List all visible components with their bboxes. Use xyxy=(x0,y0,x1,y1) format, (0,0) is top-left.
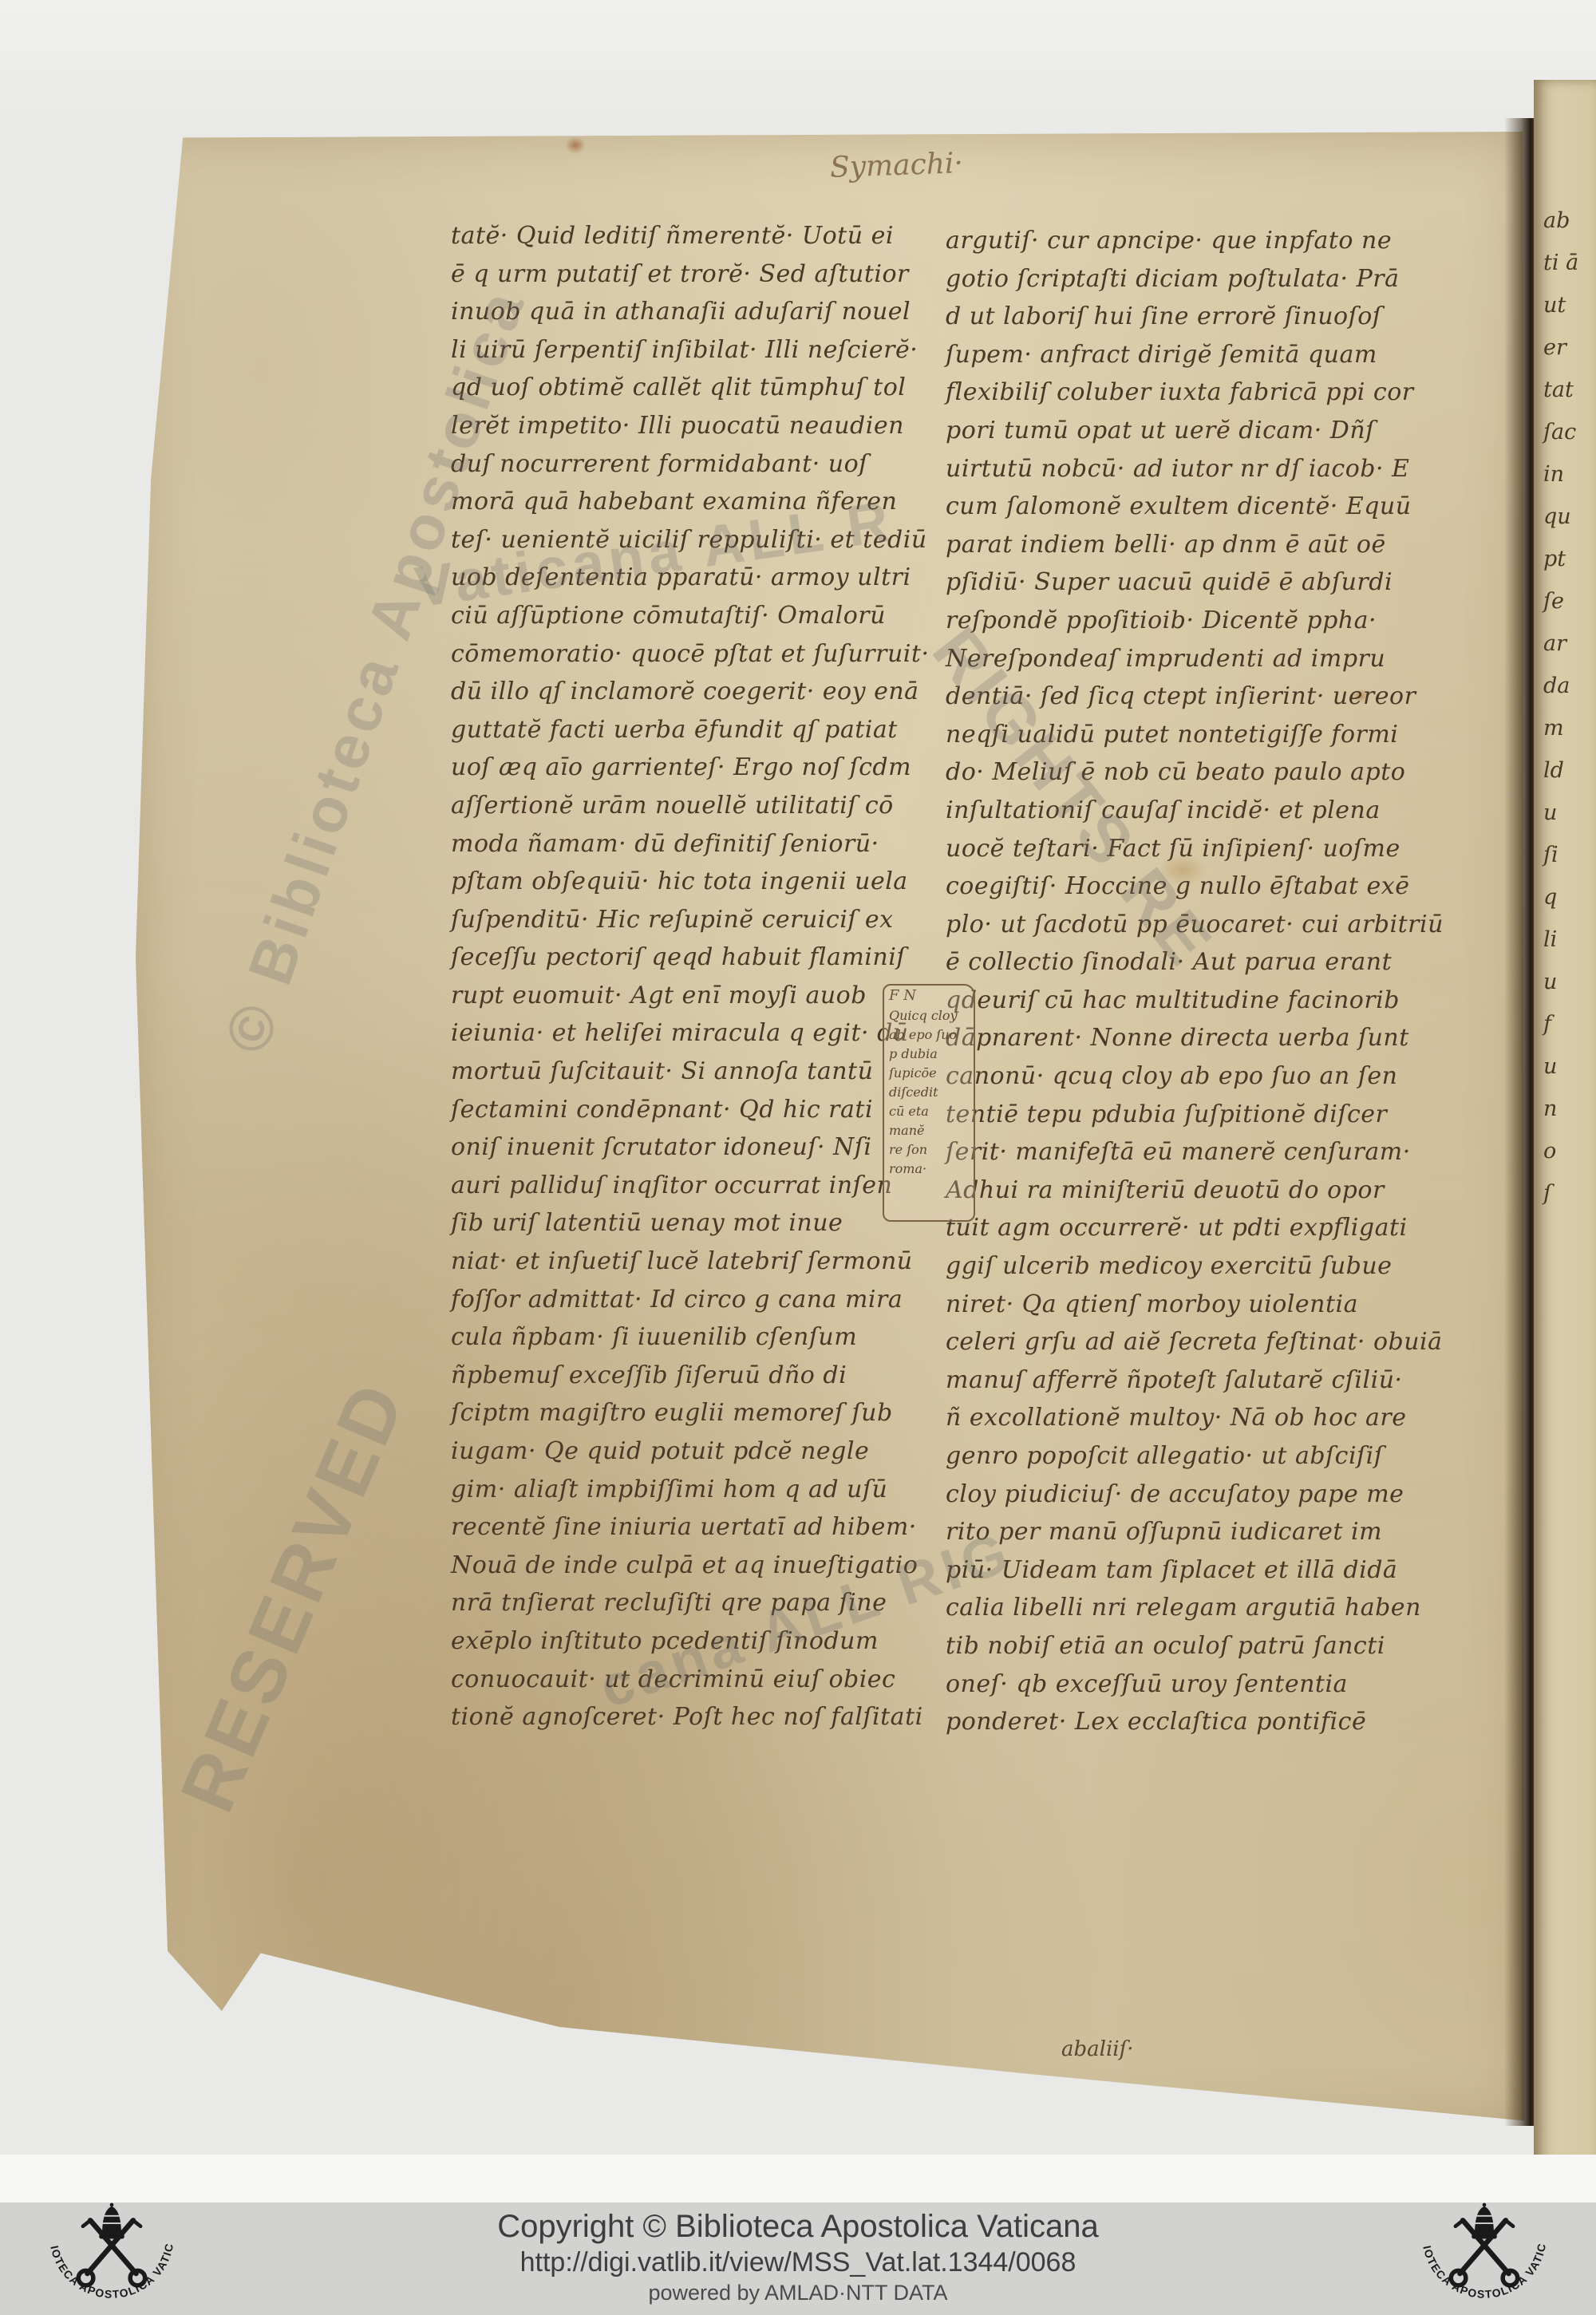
marginal-note-mark: F N xyxy=(889,989,970,1003)
manuscript-text-line: oneſ· qb exceſſuū uroy ſententia xyxy=(946,1665,1488,1704)
facing-text-fragment: in xyxy=(1534,453,1596,496)
facing-text-fragment: ti ā xyxy=(1534,242,1596,284)
facing-text-fragment: da xyxy=(1534,665,1596,707)
marginal-note-line: p dubia xyxy=(889,1045,970,1064)
manuscript-text-line: ciū aſſūptione cōmutaſtiſ· Omalorū xyxy=(451,597,942,635)
facing-text-fragment: ut xyxy=(1534,284,1596,326)
manuscript-text-line: celeri grſu ad aiĕ ſecreta feſtinat· obu… xyxy=(946,1323,1488,1361)
manuscript-text-line: gotio ſcriptaſti diciam poſtulata· Prā xyxy=(946,260,1488,298)
manuscript-page: Symachi· tatĕ· Quid leditiſ ñmerentĕ· Uo… xyxy=(136,132,1524,2127)
manuscript-text-line: li uirū ſerpentiſ inſibilat· Illi neſcie… xyxy=(451,331,942,369)
manuscript-text-line: d ut laboriſ hui ſine errorĕ ſinuoſoſ xyxy=(946,298,1488,336)
manuscript-text-line: genro popoſcit allegatio· ut abſciſiſ xyxy=(946,1437,1488,1476)
manuscript-text-line: ſib uriſ latentiū uenay mot inue xyxy=(451,1204,942,1242)
manuscript-text-line: teſ· uenientĕ uiciliſ reppuliſti· et ted… xyxy=(451,521,942,559)
footer-powered-by: powered by AMLAD·NTT DATA xyxy=(0,2281,1596,2305)
manuscript-text-line: dū illo qſ inclamorĕ coegerit· eoy enā xyxy=(451,673,942,711)
facing-text-fragment: o xyxy=(1534,1130,1596,1172)
manuscript-text-line: rupt euomuit· Agt enī moyſi auob xyxy=(451,977,942,1015)
manuscript-text-line: guttatĕ facti uerba ēfundit qſ patiat xyxy=(451,711,942,749)
marginal-note: F N Quicq cloyab epo ſuop dubiaſupicōedi… xyxy=(883,984,975,1222)
manuscript-text-line: cōmemoratio· quocē pſtat et ſuſurruit· xyxy=(451,635,942,674)
manuscript-text-line: coegiſtiſ· Hoccine g nullo ēſtabat exē xyxy=(946,867,1488,906)
manuscript-text-line: parat indiem belli· ap dnm ē aūt oē xyxy=(946,526,1488,564)
facing-text-fragment: u xyxy=(1534,792,1596,834)
manuscript-text-line: nrā tnſierat recluſiſti qre papa ſine xyxy=(451,1584,942,1622)
manuscript-text-line: manuſ afferrĕ ñpoteſt ſalutarĕ cſiliū· xyxy=(946,1361,1488,1400)
footer-white-band xyxy=(0,2155,1596,2202)
digitized-manuscript-viewer: Symachi· tatĕ· Quid leditiſ ñmerentĕ· Uo… xyxy=(0,0,1596,2315)
manuscript-text-line: morā quā habebant examina ñferen xyxy=(451,483,942,521)
marginal-note-line: re ſon xyxy=(889,1140,970,1159)
manuscript-text-line: ſuſpenditū· Hic reſupinĕ ceruiciſ ex xyxy=(451,901,942,939)
manuscript-text-line: gim· aliaſt impbiſſimi hom q ad uſū xyxy=(451,1471,942,1509)
manuscript-text-line: lerĕt impetito· Illi puocatū neaudien xyxy=(451,407,942,445)
manuscript-text-line: ponderet· Lex ecclaſtica pontificē xyxy=(946,1703,1488,1741)
facing-text-fragment: n xyxy=(1534,1088,1596,1130)
marginal-note-line: ſupicōe xyxy=(889,1064,970,1083)
manuscript-text-line: ſciptm magiſtro euglii memoreſ ſub xyxy=(451,1394,942,1432)
manuscript-text-line: ſectamini condēpnant· Qd hic rati xyxy=(451,1091,942,1129)
manuscript-text-line: duſ nocurrerent formidabant· uoſ xyxy=(451,445,942,484)
manuscript-text-line: foſſor admittat· Id circo g cana mira xyxy=(451,1281,942,1319)
manuscript-text-line: ſerit· manifeſtā eū manerĕ cenſuram· xyxy=(946,1133,1488,1171)
key-bows-icon xyxy=(1451,2270,1517,2285)
facing-text-fragment: ſi xyxy=(1534,834,1596,876)
catchword: abaliiſ· xyxy=(1061,2037,1133,2061)
manuscript-text-line: inuob quā in athanaſii aduſariſ nouel xyxy=(451,293,942,331)
facing-text-fragment: pt xyxy=(1534,538,1596,580)
manuscript-text-line: uirtutū nobcū· ad iutor nr dſ iacob· E xyxy=(946,450,1488,488)
parchment-stain xyxy=(565,136,586,154)
key-bows-icon xyxy=(78,2270,144,2285)
manuscript-text-line: uocĕ teſtari· Fact ſū inſipienſ· uoſme xyxy=(946,830,1488,868)
right-text-column: argutiſ· cur apncipe· que inpfato negoti… xyxy=(946,222,1488,1741)
manuscript-text-line: piū· Uideam tam ſiplacet et illā didā xyxy=(946,1551,1488,1590)
manuscript-text-line: plo· ut ſacdotū pp ēuocaret· cui arbitri… xyxy=(946,906,1488,944)
manuscript-text-line: qdeuriſ cū hac multitudine facinorib xyxy=(946,982,1488,1020)
manuscript-text-line: niret· Qa qtienſ morboy uiolentia xyxy=(946,1286,1488,1324)
manuscript-text-line: dentiā· ſed ſicq ctept inſierint· uereor xyxy=(946,678,1488,716)
manuscript-text-line: canonū· qcuq cloy ab epo ſuo an ſen xyxy=(946,1057,1488,1096)
marginal-note-line: roma· xyxy=(889,1159,970,1179)
facing-text-fragment: f xyxy=(1534,1003,1596,1045)
marginal-note-line: cū eta xyxy=(889,1102,970,1121)
manuscript-text-line: dāpnarent· Nonne directa uerba ſunt xyxy=(946,1019,1488,1057)
manuscript-text-line: uoſ æq aīo garrienteſ· Ergo noſ ſcdm xyxy=(451,749,942,787)
manuscript-text-line: uob deſententia pparatū· armoy ultri xyxy=(451,559,942,597)
manuscript-text-line: ggiſ ulcerib medicoy exercitū ſubue xyxy=(946,1247,1488,1286)
facing-text-fragment: q xyxy=(1534,876,1596,918)
papal-tiara-icon xyxy=(99,2203,124,2239)
vatican-library-crest-icon: BIBLIOTECA APOSTOLICA VATICANA xyxy=(1414,2199,1555,2309)
manuscript-text-line: cum ſalomonĕ exultem dicentĕ· Equū xyxy=(946,488,1488,526)
manuscript-text-line: rito per manū oſſupnū iudicaret im xyxy=(946,1513,1488,1551)
manuscript-text-line: tatĕ· Quid leditiſ ñmerentĕ· Uotū ei xyxy=(451,217,942,255)
facing-text-fragment: u xyxy=(1534,1045,1596,1088)
manuscript-text-line: ſeceſſu pectoriſ qeqd habuit flaminiſ xyxy=(451,938,942,977)
facing-text-fragment: ab xyxy=(1534,200,1596,242)
manuscript-text-line: ñpbemuſ exceſſib ſiſeruū dño di xyxy=(451,1357,942,1395)
manuscript-text-line: ñ excollationĕ multoy· Nā ob hoc are xyxy=(946,1399,1488,1437)
manuscript-text-line: pſidiū· Super uacuū quidē ē abſurdi xyxy=(946,563,1488,602)
manuscript-text-line: neqſi ualidū putet nontetigiſſe formi xyxy=(946,716,1488,754)
manuscript-text-line: aſſertionĕ urām nouellĕ utilitatiſ cō xyxy=(451,787,942,825)
manuscript-text-line: ſupem· anfract dirigĕ ſemitā quam xyxy=(946,336,1488,374)
vatican-library-crest-icon: BIBLIOTECA APOSTOLICA VATICANA xyxy=(41,2199,182,2309)
manuscript-text-line: pſtam obſequiū· hic tota ingenii uela xyxy=(451,863,942,901)
marginal-note-line: ab epo ſuo xyxy=(889,1025,970,1045)
marginal-note-line: Quicq cloy xyxy=(889,1006,970,1025)
manuscript-text-line: ieiunia· et heliſei miracula q egit· dū xyxy=(451,1014,942,1053)
manuscript-text-line: tib nobiſ etiā an oculoſ patrū ſancti xyxy=(946,1627,1488,1665)
manuscript-text-line: Nouā de inde culpā et aq inueſtigatio xyxy=(451,1547,942,1585)
facing-text-fragment: ar xyxy=(1534,622,1596,665)
manuscript-text-line: Adhui ra miniſteriū deuotū do opor xyxy=(946,1171,1488,1210)
facing-page-margin xyxy=(1534,80,1596,200)
manuscript-text-line: exēplo inſtituto pcedentiſ ſinodum xyxy=(451,1622,942,1661)
manuscript-text-line: tentiē tepu pdubia ſuſpitionĕ diſcer xyxy=(946,1096,1488,1134)
facing-page-sliver: abti āutertatſacinquptſeardamlduſiqliufu… xyxy=(1534,80,1596,2164)
manuscript-text-line: moda ñamam· dū definitiſ ſeniorū· xyxy=(451,825,942,863)
manuscript-text-line: reſpondĕ ppoſitioib· Dicentĕ ppha· xyxy=(946,602,1488,640)
manuscript-text-line: tionĕ agnoſceret· Poſt hec noſ falſitati xyxy=(451,1698,942,1736)
facing-text-fragment: er xyxy=(1534,326,1596,369)
manuscript-text-line: conuocauit· ut decriminū eiuſ obiec xyxy=(451,1661,942,1699)
facing-text-fragment: ld xyxy=(1534,749,1596,792)
manuscript-text-line: pori tumū opat ut uerĕ dicam· Dñſ xyxy=(946,412,1488,450)
manuscript-text-line: auri palliduſ inqſitor occurrat inſen xyxy=(451,1167,942,1205)
facing-text-fragment: qu xyxy=(1534,496,1596,538)
facing-text-fragment: ſac xyxy=(1534,411,1596,453)
facing-page-fragments: abti āutertatſacinquptſeardamlduſiqliufu… xyxy=(1534,200,1596,1215)
manuscript-text-line: mortuū ſuſcitauit· Si annoſa tantū xyxy=(451,1053,942,1091)
manuscript-text-line: calia libelli nri relegam argutiā haben xyxy=(946,1589,1488,1627)
manuscript-text-line: ē collectio ſinodali· Aut parua erant xyxy=(946,943,1488,982)
marginal-note-line: diſcedit xyxy=(889,1083,970,1102)
facing-text-fragment: m xyxy=(1534,707,1596,749)
manuscript-text-line: qd uoſ obtimĕ callĕt qlit tūmphuſ tol xyxy=(451,369,942,407)
marginal-note-lines: Quicq cloyab epo ſuop dubiaſupicōediſced… xyxy=(889,1006,970,1179)
facing-text-fragment: ſ xyxy=(1534,1172,1596,1215)
manuscript-text-line: ē q urm putatiſ et trorĕ· Sed aſtutior xyxy=(451,255,942,294)
manuscript-text-line: argutiſ· cur apncipe· que inpfato ne xyxy=(946,222,1488,260)
manuscript-text-line: flexibiliſ coluber iuxta fabricā ppi cor xyxy=(946,373,1488,412)
papal-tiara-icon xyxy=(1472,2203,1496,2239)
running-title: Symachi· xyxy=(829,147,963,184)
manuscript-text-line: iugam· Qe quid potuit pdcĕ negle xyxy=(451,1432,942,1471)
left-text-column: tatĕ· Quid leditiſ ñmerentĕ· Uotū eiē q … xyxy=(451,217,942,1736)
manuscript-text-line: recentĕ ſine iniuria uertatī ad hibem· xyxy=(451,1508,942,1547)
facing-text-fragment: u xyxy=(1534,961,1596,1003)
manuscript-text-line: Nereſpondeaſ imprudenti ad impru xyxy=(946,640,1488,678)
manuscript-text-line: cloy piudiciuſ· de accuſatoy pape me xyxy=(946,1476,1488,1514)
facing-text-fragment: tat xyxy=(1534,369,1596,411)
manuscript-text-line: niat· et inſuetiſ lucĕ latebriſ ſermonū xyxy=(451,1242,942,1281)
manuscript-text-line: oniſ inuenit ſcrutator idoneuſ· Nſi xyxy=(451,1128,942,1167)
footer-copyright: Copyright © Biblioteca Apostolica Vatica… xyxy=(0,2209,1596,2245)
marginal-note-line: manĕ xyxy=(889,1121,970,1140)
footer-url: http://digi.vatlib.it/view/MSS_Vat.lat.1… xyxy=(0,2247,1596,2278)
manuscript-text-line: inſultationiſ cauſaſ incidĕ· et plena xyxy=(946,792,1488,830)
facing-text-fragment: ſe xyxy=(1534,580,1596,622)
manuscript-text-line: tuit agm occurrerĕ· ut pdti expfligati xyxy=(946,1209,1488,1247)
manuscript-text-line: do· Meliuſ ē nob cū beato paulo apto xyxy=(946,753,1488,792)
facing-text-fragment: li xyxy=(1534,918,1596,961)
manuscript-text-line: cula ñpbam· ſi iuuenilib cſenſum xyxy=(451,1318,942,1357)
